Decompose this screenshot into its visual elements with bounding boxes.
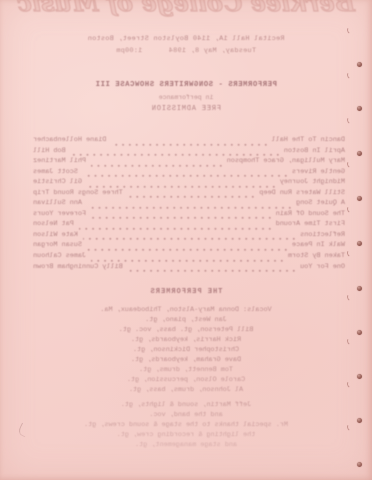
- dot-leader: [128, 193, 255, 199]
- binder-hole: [357, 462, 362, 467]
- performer-name: Billy Cunningham Brown: [33, 263, 123, 271]
- performer-line: Al Johnson, drums, bass, gt.: [0, 385, 372, 395]
- song-title: First Time Around: [276, 220, 345, 228]
- dot-leader: [91, 162, 222, 168]
- program-row: Still Waters Run DeepThree Songs Round T…: [33, 189, 345, 200]
- song-title: Mary Mulligan, Grace Thompson: [227, 157, 345, 165]
- credit-line: and the band, voc.: [0, 410, 372, 420]
- performer-name: Pat Nelson: [33, 220, 74, 228]
- credit-line: Mr. special thanks to the stage & sound …: [0, 420, 372, 430]
- scanned-program-page: Berklee College of Music Recital Hall 1A…: [0, 0, 372, 480]
- performer-name: Scott James: [33, 168, 78, 176]
- song-title: One For You: [300, 263, 345, 271]
- binder-hole: [357, 418, 362, 423]
- performer-line: Vocals: Donna Mary-Alston, Thibodeaux, M…: [0, 305, 372, 315]
- song-title: Still Waters Run Deep: [259, 189, 345, 197]
- song-title: A Quiet Song: [296, 199, 345, 207]
- program-list: Dancin To The HallDiane Hollenbacher Apr…: [33, 136, 345, 273]
- performer-line: Bill Peterson, gt. bass, voc. gt.: [0, 325, 372, 335]
- performer-name: Kate Wilson: [33, 231, 78, 239]
- performers-list-main: Vocals: Donna Mary-Alston, Thibodeaux, M…: [0, 305, 372, 395]
- performer-name: Forever Yours: [33, 210, 86, 218]
- performer-line: Carole Olson, percussion, gt.: [0, 375, 372, 385]
- performer-name: Phil Martinez: [33, 157, 86, 165]
- song-title: Dancin To The Hall: [272, 136, 345, 144]
- binder-hole: [357, 241, 362, 246]
- credit-line: Jeff Martin, sound & lights, gt.: [0, 400, 372, 410]
- dot-leader: [111, 141, 266, 147]
- song-title: Reflections: [300, 231, 345, 239]
- performer-line: Christopher Dickinson, gt.: [0, 345, 372, 355]
- dot-leader: [79, 225, 271, 231]
- performer-line: Rick Harris, keyboards, gt.: [0, 335, 372, 345]
- performer-name: Diane Hollenbacher: [33, 136, 106, 144]
- performer-name: Gil Christie: [33, 178, 82, 186]
- dot-leader: [87, 204, 291, 210]
- performer-line: Jan West, piano, gt.: [0, 315, 372, 325]
- song-title: Walk In Peace: [292, 241, 345, 249]
- song-title: Midnight Journey: [280, 178, 345, 186]
- dot-leader: [128, 267, 295, 273]
- program-row: Midnight JourneyGil Christie: [33, 178, 345, 189]
- performer-name: James Calhoun: [33, 252, 86, 260]
- dot-leader: [91, 214, 271, 220]
- program-row: Walk In PeaceSusan Morgan: [33, 241, 345, 252]
- college-logo-text: Berklee College of Music: [0, 0, 372, 17]
- program-row: One For YouBilly Cunningham Brown: [33, 263, 345, 274]
- binder-hole: [357, 106, 362, 111]
- dot-leader: [83, 235, 295, 241]
- program-row: First Time AroundPat Nelson: [33, 220, 345, 231]
- binder-hole: [357, 62, 362, 67]
- program-row: A Quiet SongAnn Sullivan: [33, 199, 345, 210]
- performer-name: Susan Morgan: [33, 241, 82, 249]
- credit-line: and stage management, gt.: [0, 440, 372, 450]
- program-row: ReflectionsKate Wilson: [33, 231, 345, 242]
- dot-leader: [87, 246, 287, 252]
- song-title: The Sound Of Rain: [276, 210, 345, 218]
- program-row: Mary Mulligan, Grace ThompsonPhil Martin…: [33, 157, 345, 168]
- performer-line: Dave Graham, keyboards, gt.: [0, 355, 372, 365]
- dot-leader: [83, 172, 287, 178]
- credit-line: the lighting & recording crew, gt.: [0, 430, 372, 440]
- binder-hole: [357, 196, 362, 201]
- venue-line: Recital Hall 1A, 1140 Boylston Street, B…: [0, 35, 372, 43]
- performer-name: Bob Hill: [33, 147, 66, 155]
- binder-hole: [357, 374, 362, 379]
- performers-heading: THE PERFORMERS: [0, 288, 372, 296]
- binder-hole: [357, 286, 362, 291]
- program-row: The Sound Of RainForever Yours: [33, 210, 345, 221]
- binder-hole: [357, 151, 362, 156]
- song-title: April In Boston: [284, 147, 345, 155]
- program-title: PERFORMERS - SONGWRITERS SHOWCASE III: [0, 81, 372, 89]
- performer-name: Ann Sullivan: [33, 199, 82, 207]
- song-title: Gentle Rivers: [292, 168, 345, 176]
- performers-list-credits: Jeff Martin, sound & lights, gt. and the…: [0, 400, 372, 450]
- program-row: Gentle RiversScott James: [33, 168, 345, 179]
- date-time-line: Tuesday, May 8, 1984 1:00pm: [0, 47, 372, 55]
- binder-hole: [357, 330, 362, 335]
- program-row: Taken By StormJames Calhoun: [33, 252, 345, 263]
- performer-name: Three Songs Round Trip: [33, 189, 123, 197]
- mirrored-bleedthrough-layer: Berklee College of Music Recital Hall 1A…: [0, 0, 372, 480]
- program-row: April In BostonBob Hill: [33, 147, 345, 158]
- admission-line: FREE ADMISSION: [0, 105, 372, 113]
- program-row: Dancin To The HallDiane Hollenbacher: [33, 136, 345, 147]
- song-title: Taken By Storm: [288, 252, 345, 260]
- performer-line: Tom Bennett, drums, gt.: [0, 365, 372, 375]
- program-subtitle: in performance: [0, 94, 372, 101]
